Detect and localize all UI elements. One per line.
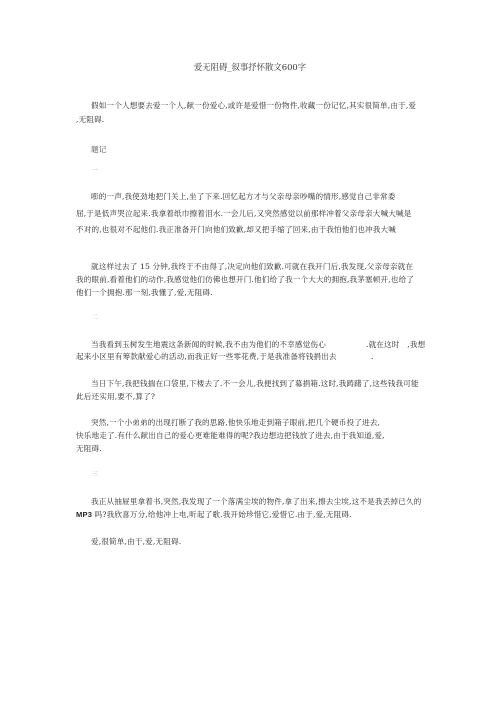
- paragraph-line: 屈,于是低声哭泣起来.我拿着纸巾擦着泪水.一会儿后,又突然感觉以前那样冲着父亲母…: [76, 209, 412, 219]
- document-page: 爱无阻碍_叙事抒怀散文600字 假如一个人想要去爱一个人,献一份爱心,或许是爱惜…: [0, 0, 500, 708]
- paragraph-line: 我正从抽屉里拿着书,突然,我发现了一个落满尘埃的物件,拿了出来,擦去尘埃,这不是…: [91, 497, 421, 507]
- intro-line: ,无阻碍.: [76, 115, 104, 125]
- paragraph-line: 我的眼前,看着他们的动作,我感觉他们仿佛也想开门.他们给了我一个大大的拥抱,我茅…: [76, 275, 414, 285]
- paragraph-line: 此后还实用,要不,算了?: [76, 392, 155, 402]
- intro-line: 假如一个人想要去爱一个人,献一份爱心,或许是爱惜一份物件,收藏一份记忆,其实很简…: [91, 101, 416, 111]
- paragraph-line: 他们一个拥抱.那一刻,我懂了,爱,无阻碍.: [76, 288, 213, 298]
- section-mark: 二: [92, 313, 98, 323]
- paragraph-line: 不对的,也很对不起他们.我正准备开门向他们致歉,却又把手缩了回来,由于我怕他们也…: [76, 225, 396, 235]
- paragraph-line: 起来小区里有筹款献爱心的活动,而我正好一些零花费,于是我准备将钱捐出去: [76, 352, 337, 362]
- section-mark: 三: [92, 470, 98, 480]
- paragraph-line-text: 吗?我欣喜万分,给他冲上电,听起了歌.我开始珍惜它,爱惜它.由于,爱,无阻碍.: [95, 510, 352, 519]
- paragraph-line: 嘭的一声,我使劲地把门关上,坐了下来.回忆起方才与父亲母亲吵嘴的情形,感觉自己非…: [91, 192, 396, 202]
- paragraph-line: MP3 吗?我欣喜万分,给他冲上电,听起了歌.我开始珍惜它,爱惜它.由于,爱,无…: [76, 510, 352, 520]
- epigraph-heading: 题记: [91, 145, 107, 155]
- paragraph-line-trailing: .: [371, 352, 374, 362]
- section-mark: 一: [92, 166, 98, 176]
- paragraph-line: 就这样过去了 15 分钟,我终于不由得了,决定向他们致歉.可就在我开门后,我发现…: [91, 262, 413, 272]
- paragraph-line: 突然,一个小弟弟的出现打断了我的思路,他快乐地走到箱子眼前,把几个硬币投了进去,: [91, 418, 380, 428]
- mp3-text: MP3: [76, 510, 92, 519]
- paragraph-line-trailing: .就在这时 ,我想: [366, 340, 425, 350]
- paragraph-line: 快乐地走了.有什么献出自己的爱心更难能难得的呢?我边想边把钱放了进去,由于我知道…: [76, 431, 385, 441]
- document-title: 爱无阻碍_叙事抒怀散文600字: [0, 62, 500, 73]
- paragraph-line: 爱,很简单,由于,爱,无阻碍.: [91, 537, 181, 547]
- paragraph-line: 无阻碍.: [76, 444, 102, 454]
- paragraph-line: 当我看到玉树发生地震这条新闻的时候,我不由为他们的不幸感觉伤心: [91, 340, 326, 350]
- paragraph-line: 当日下午,我把钱揣在口袋里,下楼去了.不一会儿,我便找到了募捐箱.这时,我踌躇了…: [91, 379, 419, 389]
